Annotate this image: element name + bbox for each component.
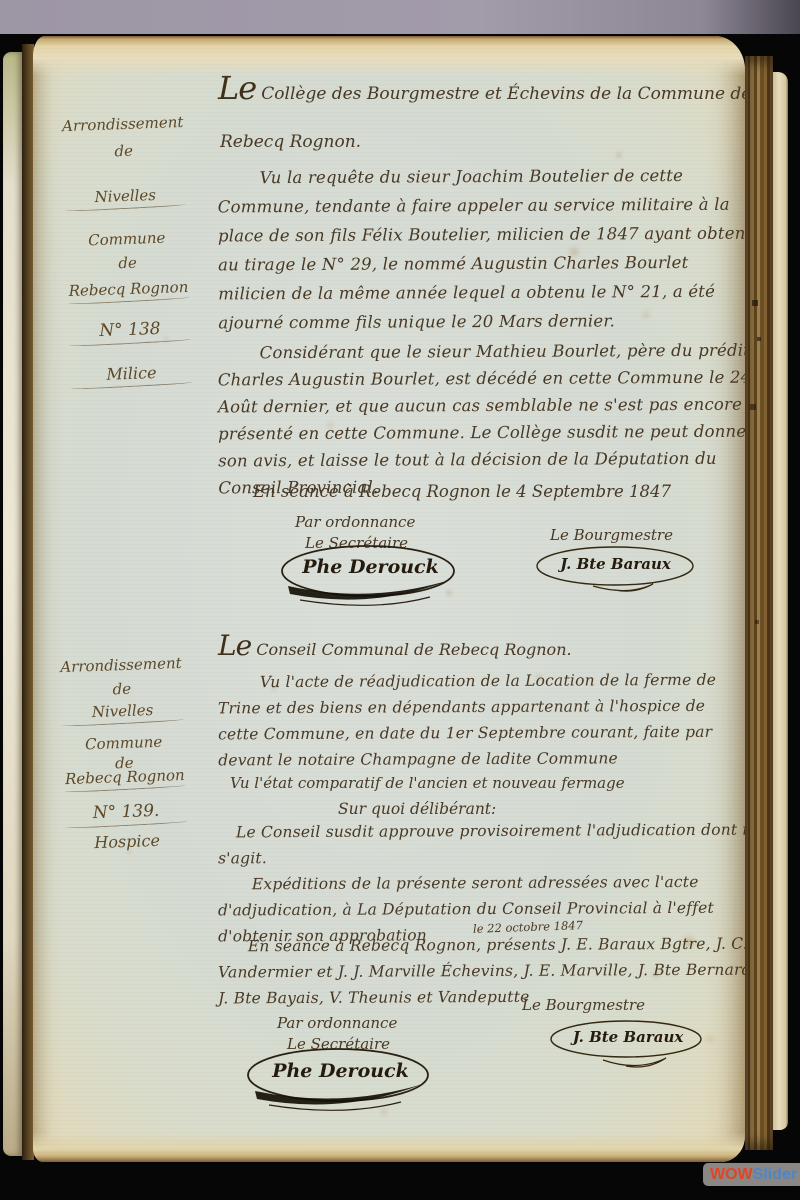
heading-text: Conseil Communal de Rebecq Rognon. <box>256 640 571 659</box>
facing-page-edge <box>3 52 23 1156</box>
secretary-signature-text: Phe Derouck <box>243 1060 438 1082</box>
margin-subject: Milice <box>53 361 210 389</box>
foxing-spots <box>33 36 35 38</box>
heading-initial: Le <box>218 629 251 662</box>
mayor-signature: J. Bte Baraux <box>533 544 698 594</box>
margin-line: Nivelles <box>44 699 201 726</box>
margin-annotation-138: Arrondissement de Nivelles Commune de Re… <box>44 93 210 398</box>
ink-bleed-marks <box>745 56 747 58</box>
paragraph-considering: Considérant que le sieur Mathieu Bourlet… <box>218 337 759 502</box>
margin-line: Arrondissement <box>43 653 200 676</box>
margin-line: Commune <box>48 227 205 250</box>
wowslider-watermark[interactable]: WOWSlider <box>703 1163 800 1186</box>
paragraph-request: Vu la requête du sieur Joachim Boutelier… <box>218 161 759 338</box>
heading-line2: Rebecq Rognon. <box>220 132 361 152</box>
manuscript-page: Arrondissement de Nivelles Commune de Re… <box>33 36 745 1162</box>
photo-of-bound-register: Arrondissement de Nivelles Commune de Re… <box>0 0 800 1200</box>
record-heading: Le Conseil Communal de Rebecq Rognon. <box>218 636 758 659</box>
watermark-slider-text: Slider <box>753 1166 797 1183</box>
paragraph-approval: Le Conseil susdit approuve provisoiremen… <box>218 817 758 872</box>
by-order-label: Par ordonnance <box>277 1014 397 1032</box>
mayor-signature: J. Bte Baraux <box>548 1018 708 1070</box>
mayor-title: Le Bourgmestre <box>550 526 673 544</box>
mayor-signature-text: J. Bte Baraux <box>548 1028 708 1046</box>
under-page-edge <box>773 72 788 1130</box>
heading-initial: Le <box>218 69 256 107</box>
margin-line: Rebecq Rognon <box>47 765 204 792</box>
paragraph-comparative: Vu l'état comparatif de l'ancien et nouv… <box>230 774 625 792</box>
margin-line: Rebecq Rognon <box>50 277 207 304</box>
heading-text: Collège des Bourgmestre et Échevins de l… <box>261 84 751 104</box>
margin-record-number: N° 139. <box>48 799 205 828</box>
session-line: En séance à Rebecq Rognon le 4 Septembre… <box>253 482 671 501</box>
margin-line: Nivelles <box>47 184 204 211</box>
record-entry-139: Le Conseil Communal de Rebecq Rognon. Vu… <box>218 632 766 1152</box>
secretary-signature: Phe Derouck <box>243 1044 438 1112</box>
secretary-signature-text: Phe Derouck <box>278 556 463 578</box>
secretary-signature: Phe Derouck <box>278 542 463 606</box>
by-order-label: Par ordonnance <box>295 513 415 531</box>
paragraph-act: Vu l'acte de réadjudication de la Locati… <box>218 667 749 774</box>
mayor-title: Le Bourgmestre <box>522 996 645 1014</box>
book-fore-edge <box>745 56 773 1150</box>
record-heading: Le Collège des Bourgmestre et Échevins d… <box>218 78 758 104</box>
margin-line: Arrondissement <box>44 112 201 135</box>
paragraph-session-attendees: En séance à Rebecq Rognon, présents J. E… <box>218 931 766 1012</box>
margin-line: de <box>44 677 201 700</box>
mayor-signature-text: J. Bte Baraux <box>533 555 698 573</box>
margin-annotation-139: Arrondissement de Nivelles Commune de Re… <box>42 633 208 928</box>
backdrop-top-band <box>0 0 800 34</box>
margin-line: de <box>45 139 202 162</box>
deliberation-label: Sur quoi délibérant: <box>338 800 496 818</box>
margin-subject: Hospice <box>49 829 206 853</box>
record-entry-138: Le Collège des Bourgmestre et Échevins d… <box>218 36 763 606</box>
margin-record-number: N° 138 <box>52 317 209 346</box>
margin-line: de <box>49 251 206 274</box>
watermark-wow-text: WOW <box>710 1166 753 1183</box>
